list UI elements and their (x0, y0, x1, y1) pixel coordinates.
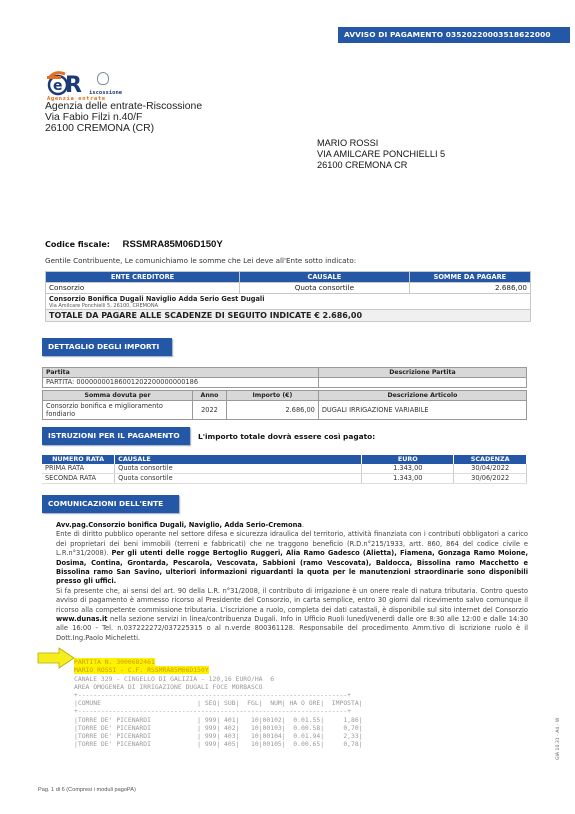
comunicazione-p2: Si fa presente che, ai sensi del art. 90… (56, 587, 528, 614)
totale-da-pagare: TOTALE DA PAGARE ALLE SCADENZE DI SEGUIT… (46, 310, 531, 322)
header-somme-da-pagare: SOMME DA PAGARE (409, 272, 530, 283)
somma-dovuta-table: Somma dovuta per Anno Importo (€) Descri… (42, 390, 527, 420)
header-somma-dovuta-per: Somma dovuta per (43, 391, 193, 401)
partita-number-highlight: PARTITA N. 3000682461 (74, 658, 155, 666)
header-numero-rata: NUMERO RATA (42, 455, 115, 464)
table-row: SECONDA RATA Quota consortile 1.343,00 3… (42, 474, 527, 484)
catastale-rows: |TORRE DE' PICENARDI | 999| 401| 10|0010… (74, 716, 363, 749)
cell-somma: 2.686,00 (409, 283, 530, 294)
recipient-street: VIA AMILCARE PONCHIELLI 5 (317, 149, 445, 160)
cell-partita-descrizione (318, 378, 526, 388)
comunicazione-p1-bold: Per gli utenti delle rogge Bertoglio Rug… (56, 549, 528, 585)
codice-fiscale-label: Codice fiscale: (45, 240, 110, 249)
recipient-city: 26100 CREMONA CR (317, 160, 445, 171)
header-causale: CAUSALE (240, 272, 410, 283)
ader-logo-icon: e R (45, 68, 89, 96)
payment-notice-banner: AVVISO DI PAGAMENTO 03520220003518622000 (338, 27, 570, 43)
comunicazione-heading: Avv.pag.Consorzio bonifica Dugali, Navig… (56, 521, 302, 529)
section-istruzioni-pagamento: ISTRUZIONI PER IL PAGAMENTO (42, 427, 190, 445)
svg-text:e: e (53, 78, 63, 94)
dunas-website-link[interactable]: www.dunas.it (56, 615, 107, 623)
codice-fiscale-value: RSSMRA85M06D150Y (123, 239, 223, 250)
document-side-code: GIA 10.31 - A4 - W (556, 710, 561, 760)
cell-somma-dovuta: Consorzio bonifica e miglioramento fondi… (43, 401, 193, 420)
cell-rata: PRIMA RATA (42, 464, 115, 474)
table-row: PARTITA: 00000000186001202200000000186 (43, 378, 527, 388)
header-importo: Importo (€) (226, 391, 318, 401)
table-row: Consorzio Quota consortile 2.686,00 (46, 283, 531, 294)
separator-line: +---------------------------------------… (74, 691, 351, 699)
cell-euro: 1.343,00 (362, 464, 454, 474)
yellow-arrow-icon (37, 647, 75, 669)
comunicazione-text: Avv.pag.Consorzio bonifica Dugali, Navig… (56, 521, 528, 643)
table-row: Consorzio bonifica e miglioramento fondi… (43, 401, 527, 420)
sender-name: Agenzia delle entrate-Riscossione (45, 101, 202, 112)
logo-agenzia-entrate-riscossione: e R iscossione Agenzia entrate (45, 68, 135, 104)
cell-causale: Quota consortile (115, 474, 362, 484)
owner-cf-highlight: MARIO ROSSI - C.F. RSSMRA85M06D150Y (74, 666, 209, 674)
codice-fiscale: Codice fiscale: RSSMRA85M06D150Y (45, 239, 223, 250)
ente-full-name: Consorzio Bonifica Dugali Naviglio Adda … (49, 294, 527, 303)
header-partita: Partita (43, 368, 319, 378)
catastale-header: |COMUNE | SEQ| SUB| FGL| NUM| HA O ORE| … (74, 699, 363, 707)
table-row: PRIMA RATA Quota consortile 1.343,00 30/… (42, 464, 527, 474)
cell-euro: 1.343,00 (362, 474, 454, 484)
table-row: Consorzio Bonifica Dugali Naviglio Adda … (46, 294, 531, 310)
cell-anno: 2022 (193, 401, 227, 420)
sender-address: Agenzia delle entrate-Riscossione Via Fa… (45, 101, 202, 135)
cell-scadenza: 30/04/2022 (454, 464, 527, 474)
sender-street: Via Fabio Filzi n.40/F (45, 112, 202, 123)
section-dettaglio-importi: DETTAGLIO DEGLI IMPORTI (42, 338, 172, 356)
page-info: Pag. 1 di 6 (Compresi i moduli pagoPA) (38, 787, 136, 793)
ente-creditore-table: ENTE CREDITORE CAUSALE SOMME DA PAGARE C… (45, 271, 531, 322)
cell-importo: 2.686,00 (226, 401, 318, 420)
separator-line: +---------------------------------------… (74, 707, 351, 715)
ente-address: Via Amilcare Ponchielli 5, 26100, CREMON… (49, 303, 527, 309)
cell-partita-value: PARTITA: 00000000186001202200000000186 (43, 378, 319, 388)
header-euro: EURO (362, 455, 454, 464)
header-causale: CAUSALE (115, 455, 362, 464)
cell-ente: Consorzio (46, 283, 240, 294)
greeting-text: Gentile Contribuente, Le comunichiamo le… (45, 256, 356, 265)
dettaglio-catastale: PARTITA N. 3000682461 MARIO ROSSI - C.F.… (74, 650, 363, 748)
table-row: TOTALE DA PAGARE ALLE SCADENZE DI SEGUIT… (46, 310, 531, 322)
cell-scadenza: 30/06/2022 (454, 474, 527, 484)
header-ente-creditore: ENTE CREDITORE (46, 272, 240, 283)
header-anno: Anno (193, 391, 227, 401)
section-comunicazioni-ente: COMUNICAZIONI DELL'ENTE (42, 495, 179, 513)
rate-table: NUMERO RATA CAUSALE EURO SCADENZA PRIMA … (42, 455, 527, 484)
header-descrizione-partita: Descrizione Partita (318, 368, 526, 378)
payment-intro-text: L'importo totale dovrà essere così pagat… (198, 432, 375, 441)
canale-line: CANALE 329 - CINGELLO DI GALIZIA - 120,1… (74, 675, 274, 683)
sender-city: 26100 CREMONA (CR) (45, 123, 202, 134)
recipient-address: MARIO ROSSI VIA AMILCARE PONCHIELLI 5 26… (317, 138, 445, 170)
recipient-name: MARIO ROSSI (317, 138, 445, 149)
header-descrizione-articolo: Descrizione Articolo (318, 391, 526, 401)
svg-text:R: R (65, 73, 82, 96)
cell-rata: SECONDA RATA (42, 474, 115, 484)
area-line: AREA OMOGENEA DI IRRIGAZIONE DUGALI FOCE… (74, 683, 263, 691)
cell-causale: Quota consortile (240, 283, 410, 294)
republic-emblem-icon (97, 72, 109, 85)
cell-causale: Quota consortile (115, 464, 362, 474)
cell-descrizione-articolo: DUGALI IRRIGAZIONE VARIABILE (318, 401, 526, 420)
header-scadenza: SCADENZA (454, 455, 527, 464)
partita-table: Partita Descrizione Partita PARTITA: 000… (42, 367, 527, 388)
